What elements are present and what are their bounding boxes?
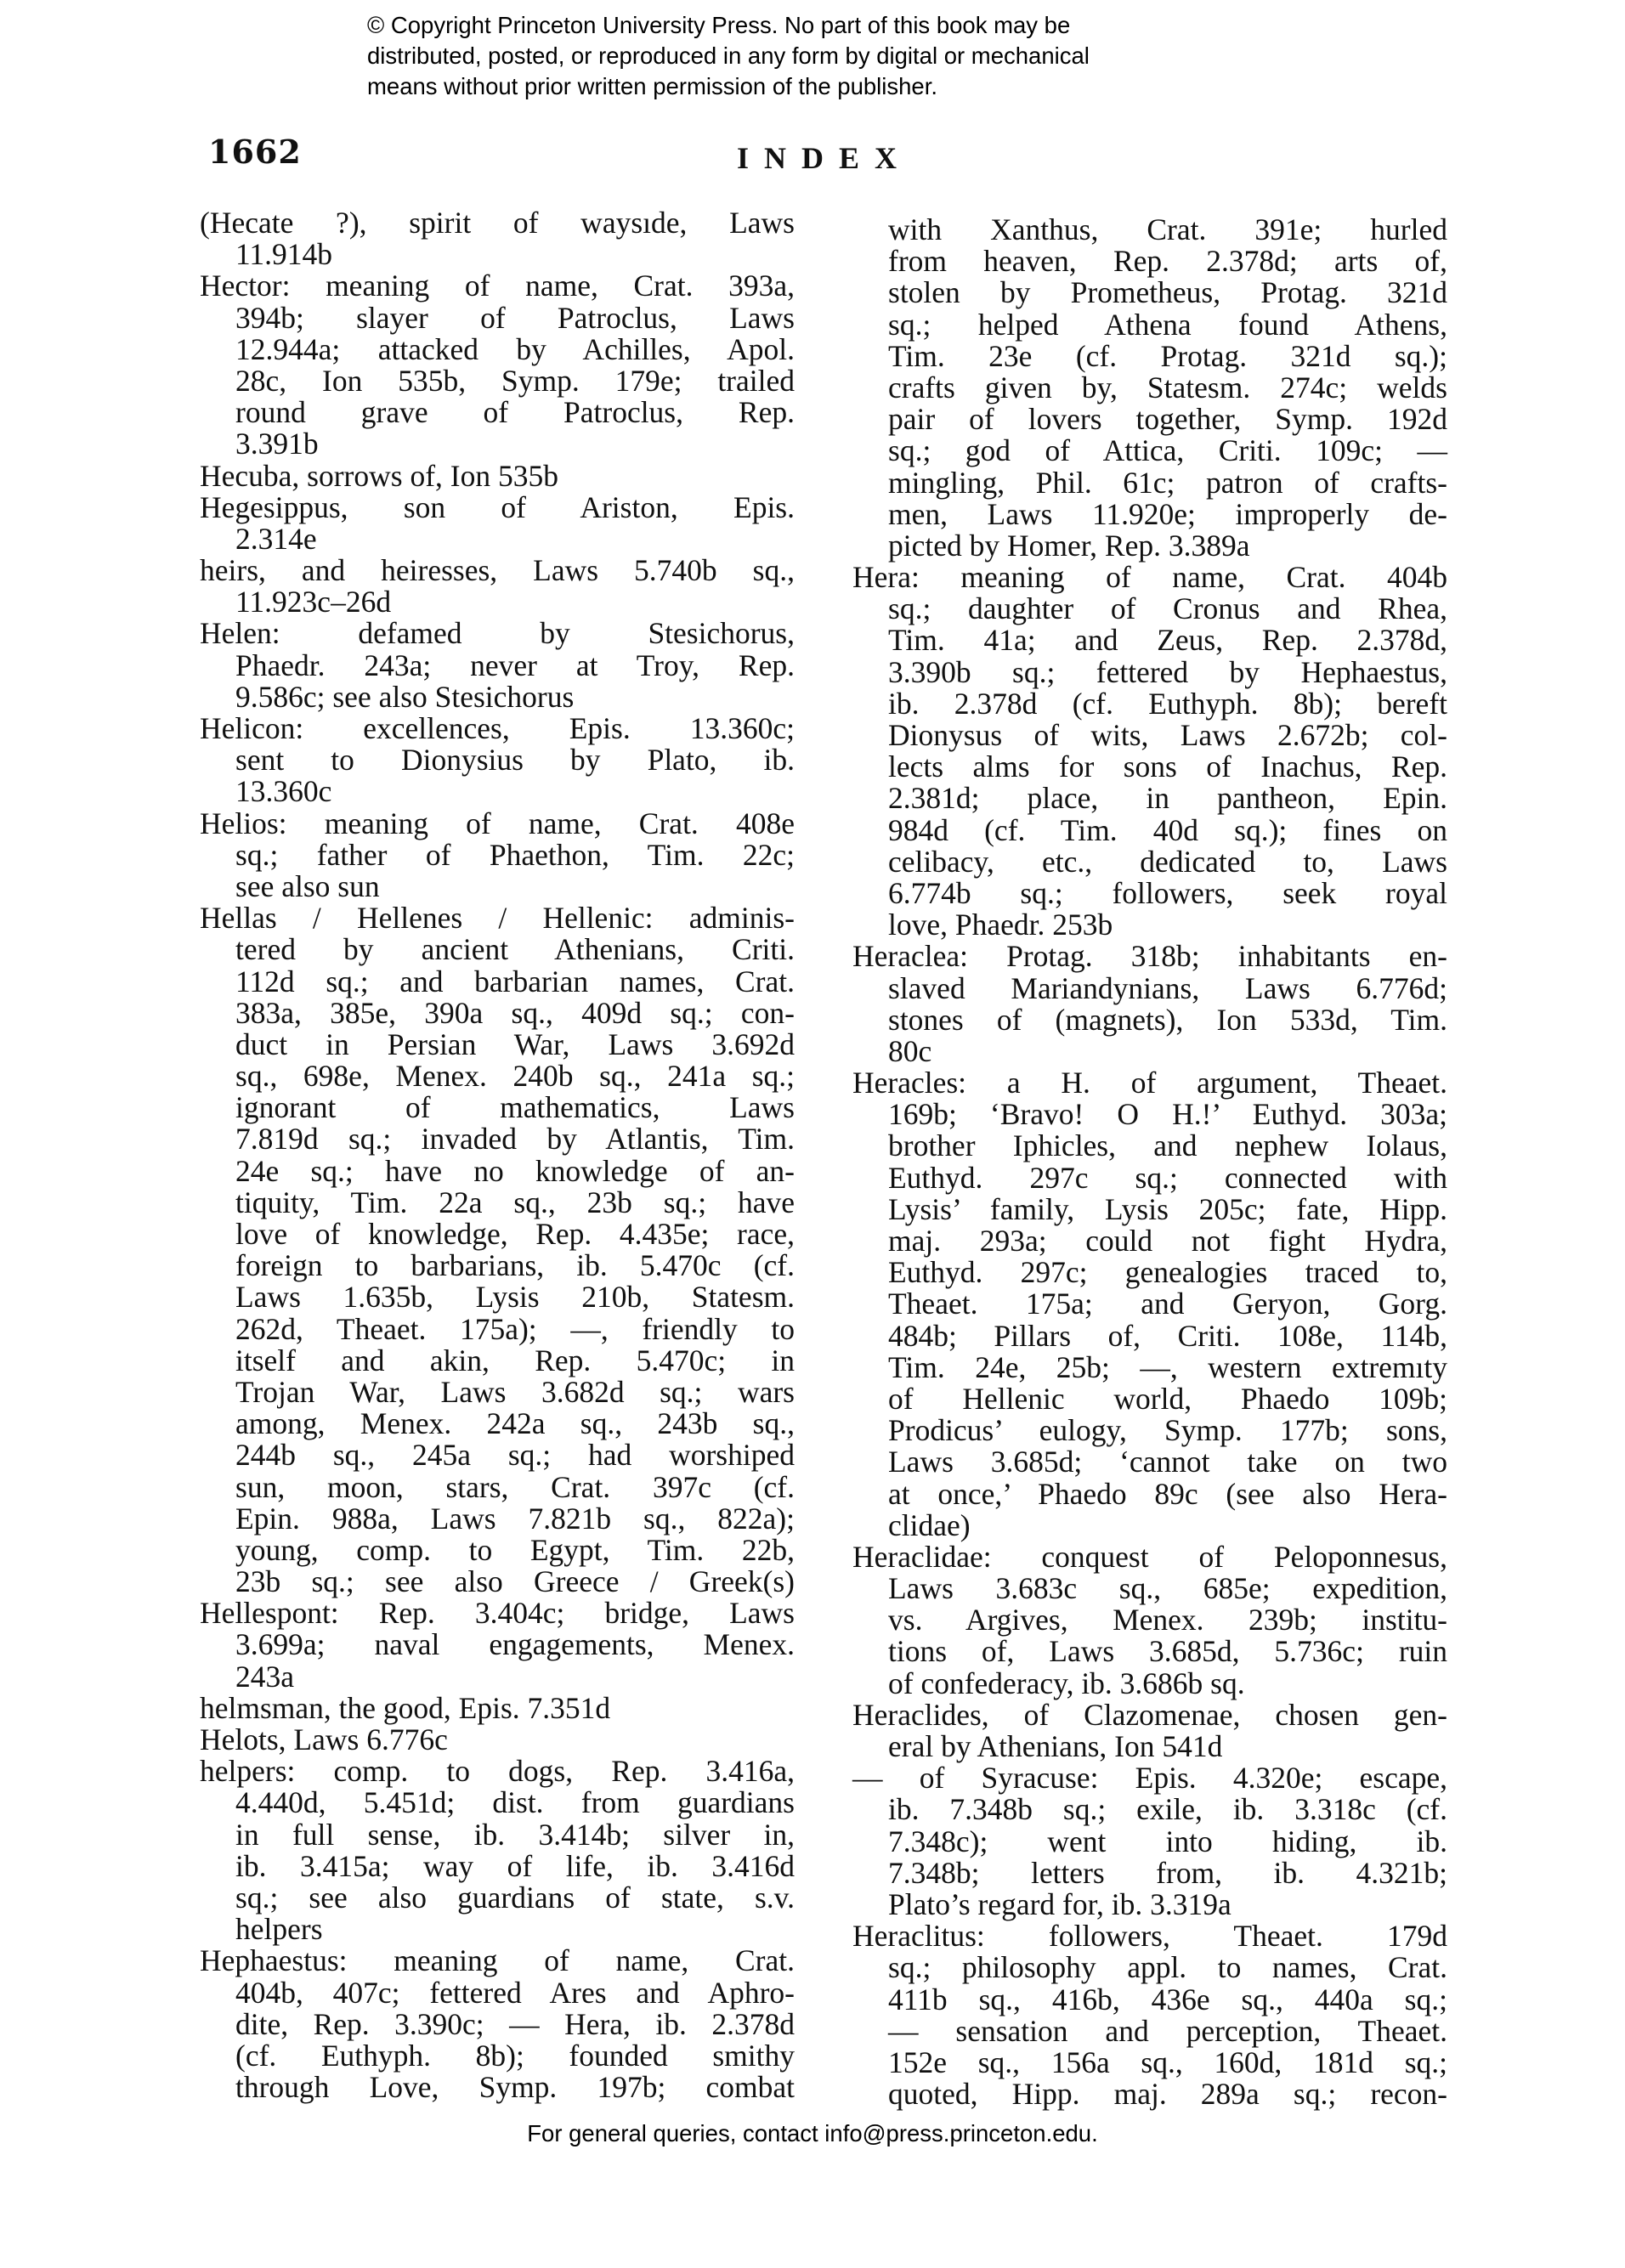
index-entry-line: 11.914b	[200, 239, 795, 270]
index-entry-line: 262d, Theaet. 175a); —, friendly to	[200, 1314, 795, 1345]
index-entry-line: 394b; slayer of Patroclus, Laws	[200, 303, 795, 334]
index-entry-heading-line: Heraclea: Protag. 318b; inhabitants en-	[852, 941, 1447, 972]
index-entry-line: Prodicus’ eulogy, Symp. 177b; sons,	[852, 1415, 1447, 1446]
running-head: INDEX	[527, 140, 1122, 176]
index-entry-heading-line: heirs, and heiresses, Laws 5.740b sq.,	[200, 555, 795, 586]
index-column-right: with Xanthus, Crat. 391e; hurledfrom hea…	[852, 214, 1447, 2110]
index-entry-line: vs. Argives, Menex. 239b; institu-	[852, 1604, 1447, 1636]
index-entry-heading-line: Hera: meaning of name, Crat. 404b	[852, 562, 1447, 593]
index-entry-line: 7.348b; letters from, ib. 4.321b;	[852, 1858, 1447, 1889]
index-entry-heading-line: Hegesippus, son of Ariston, Epis.	[200, 492, 795, 523]
index-entry-line: sq.; god of Attica, Criti. 109c; —	[852, 435, 1447, 467]
index-entry-line: Tim. 23e (cf. Protag. 321d sq.);	[852, 341, 1447, 372]
index-entry-line: Laws 3.685d; ‘cannot take on two	[852, 1446, 1447, 1478]
index-entry-heading-line: Hector: meaning of name, Crat. 393a,	[200, 270, 795, 302]
index-entry-line: 6.774b sq.; followers, seek royal	[852, 878, 1447, 909]
index-entry-line: sent to Dionysius by Plato, ib.	[200, 744, 795, 776]
index-entry-line: sun, moon, stars, Crat. 397c (cf.	[200, 1472, 795, 1503]
index-entry-line: sq.; philosophy appl. to names, Crat.	[852, 1952, 1447, 1983]
index-entry-line: from heaven, Rep. 2.378d; arts of,	[852, 246, 1447, 277]
index-entry-line: Epin. 988a, Laws 7.821b sq., 822a);	[200, 1503, 795, 1535]
index-entry-line: see also sun	[200, 871, 795, 902]
index-entry-line: 383a, 385e, 390a sq., 409d sq.; con-	[200, 998, 795, 1029]
index-entry-line: Tim. 24e, 25b; —, western extremıty	[852, 1352, 1447, 1383]
index-entry-line: sq.; daughter of Cronus and Rhea,	[852, 593, 1447, 625]
index-entry-line: 4.440d, 5.451d; dist. from guardians	[200, 1787, 795, 1818]
index-entry-line: love of knowledge, Rep. 4.435e; race,	[200, 1219, 795, 1250]
index-entry-heading-line: Helots, Laws 6.776c	[200, 1724, 795, 1756]
index-entry-heading-line: helpers: comp. to dogs, Rep. 3.416a,	[200, 1756, 795, 1787]
index-entry-heading-line: helmsman, the good, Epis. 7.351d	[200, 1693, 795, 1724]
index-entry-line: Laws 3.683c sq., 685e; expedition,	[852, 1573, 1447, 1604]
index-entry-line: 169b; ‘Bravo! O H.!’ Euthyd. 303a;	[852, 1099, 1447, 1130]
index-entry-line: 12.944a; attacked by Achilles, Apol.	[200, 334, 795, 365]
index-entry-line: itself and akin, Rep. 5.470c; in	[200, 1345, 795, 1377]
index-entry-line: ib. 2.378d (cf. Euthyph. 8b); bereft	[852, 688, 1447, 720]
index-entry-line: 11.923c–26d	[200, 586, 795, 618]
index-entry-line: Laws 1.635b, Lysis 210b, Statesm.	[200, 1281, 795, 1313]
index-entry-line: 404b, 407c; fettered Ares and Aphro-	[200, 1977, 795, 2009]
index-entry-heading-line: Heracles: a H. of argument, Theaet.	[852, 1067, 1447, 1099]
index-entry-heading-line: Helicon: excellences, Epis. 13.360c;	[200, 713, 795, 744]
index-entry-heading-line: Hecuba, sorrows of, Ion 535b	[200, 461, 795, 492]
index-entry-line: Euthyd. 297c sq.; connected with	[852, 1162, 1447, 1194]
index-entry-line: through Love, Symp. 197b; combat	[200, 2072, 795, 2103]
index-entry-heading-line: Heraclidae: conquest of Peloponnesus,	[852, 1541, 1447, 1573]
index-entry-line: ignorant of mathematics, Laws	[200, 1092, 795, 1123]
index-entry-line: maj. 293a; could not fight Hydra,	[852, 1225, 1447, 1257]
index-entry-line: among, Menex. 242a sq., 243b sq.,	[200, 1408, 795, 1439]
index-entry-line: 3.699a; naval engagements, Menex.	[200, 1629, 795, 1660]
index-entry-line: Euthyd. 297c; genealogies traced to,	[852, 1257, 1447, 1288]
index-entry-line: 2.381d; place, in pantheon, Epin.	[852, 783, 1447, 814]
index-entry-line: Tim. 41a; and Zeus, Rep. 2.378d,	[852, 625, 1447, 656]
index-entry-line: — sensation and perception, Theaet.	[852, 2016, 1447, 2047]
index-entry-line: pair of lovers together, Symp. 192d	[852, 404, 1447, 435]
index-entry-line: 484b; Pillars of, Criti. 108e, 114b,	[852, 1321, 1447, 1352]
index-entry-line: quoted, Hipp. maj. 289a sq.; recon-	[852, 2079, 1447, 2110]
index-entry-line: in full sense, ib. 3.414b; silver in,	[200, 1819, 795, 1851]
index-column-left: (Hecate ?), spirit of waysıde, Laws11.91…	[200, 207, 795, 2103]
index-entry-heading-line: — of Syracuse: Epis. 4.320e; escape,	[852, 1762, 1447, 1794]
index-entry-line: 411b sq., 416b, 436e sq., 440a sq.;	[852, 1984, 1447, 2016]
index-entry-line: sq.; see also guardians of state, s.v.	[200, 1882, 795, 1914]
index-entry-line: stolen by Prometheus, Protag. 321d	[852, 277, 1447, 308]
index-entry-heading-line: Heraclides, of Clazomenae, chosen gen-	[852, 1700, 1447, 1731]
index-entry-line: Plato’s regard for, ib. 3.319a	[852, 1889, 1447, 1920]
index-entry-line: 28c, Ion 535b, Symp. 179e; trailed	[200, 365, 795, 397]
index-entry-line: 244b sq., 245a sq.; had worshiped	[200, 1439, 795, 1471]
index-entry-line: 24e sq.; have no knowledge of an-	[200, 1156, 795, 1187]
index-entry-line: 152e sq., 156a sq., 160d, 181d sq.;	[852, 2047, 1447, 2079]
copyright-line: © Copyright Princeton University Press. …	[367, 10, 1268, 41]
page-number: 1662	[208, 133, 302, 171]
footer-contact: For general queries, contact info@press.…	[0, 2120, 1625, 2147]
index-entry-line: lects alms for sons of Inachus, Rep.	[852, 751, 1447, 783]
index-entry-line: eral by Athenians, Ion 541d	[852, 1731, 1447, 1762]
index-entry-line: 13.360c	[200, 776, 795, 807]
index-entry-line: slaved Mariandynians, Laws 6.776d;	[852, 973, 1447, 1004]
index-entry-line: tered by ancient Athenians, Criti.	[200, 934, 795, 965]
index-entry-line: young, comp. to Egypt, Tim. 22b,	[200, 1535, 795, 1566]
index-entry-line: at once,’ Phaedo 89c (see also Hera-	[852, 1479, 1447, 1510]
index-entry-line: sq.; father of Phaethon, Tim. 22c;	[200, 840, 795, 871]
index-entry-line: dite, Rep. 3.390c; — Hera, ib. 2.378d	[200, 2009, 795, 2040]
index-entry-line: mingling, Phil. 61c; patron of crafts-	[852, 467, 1447, 499]
index-entry-line: picted by Homer, Rep. 3.389a	[852, 530, 1447, 562]
index-entry-line: Lysis’ family, Lysis 205c; fate, Hipp.	[852, 1194, 1447, 1225]
index-entry-line: 984d (cf. Tim. 40d sq.); fines on	[852, 815, 1447, 846]
index-entry-line: 80c	[852, 1036, 1447, 1067]
index-entry-heading-line: Hellas / Hellenes / Hellenic: adminis-	[200, 902, 795, 934]
index-entry-line: 9.586c; see also Stesichorus	[200, 682, 795, 713]
index-entry-heading-line: Helen: defamed by Stesichorus,	[200, 618, 795, 649]
index-entry-line: celibacy, etc., dedicated to, Laws	[852, 846, 1447, 878]
index-entry-line: of confederacy, ib. 3.686b sq.	[852, 1668, 1447, 1700]
index-entry-line: Phaedr. 243a; never at Troy, Rep.	[200, 650, 795, 682]
index-entry-line: round grave of Patroclus, Rep.	[200, 397, 795, 428]
copyright-notice: © Copyright Princeton University Press. …	[367, 10, 1268, 102]
index-entry-line: foreign to barbarians, ib. 5.470c (cf.	[200, 1250, 795, 1281]
index-entry-line: 23b sq.; see also Greece / Greek(s)	[200, 1566, 795, 1598]
index-entry-heading-line: Heraclitus: followers, Theaet. 179d	[852, 1920, 1447, 1952]
index-entry-line: 7.348c); went into hiding, ib.	[852, 1826, 1447, 1858]
copyright-line: distributed, posted, or reproduced in an…	[367, 41, 1268, 71]
index-entry-line: duct in Persian War, Laws 3.692d	[200, 1029, 795, 1060]
index-entry-line: 112d sq.; and barbarian names, Crat.	[200, 966, 795, 998]
index-entry-line: of Hellenic world, Phaedo 109b;	[852, 1383, 1447, 1415]
index-entry-line: 243a	[200, 1661, 795, 1693]
index-entry-line: stones of (magnets), Ion 533d, Tim.	[852, 1004, 1447, 1036]
index-entry-line: ib. 3.415a; way of life, ib. 3.416d	[200, 1851, 795, 1882]
index-entry-line: men, Laws 11.920e; improperly de-	[852, 499, 1447, 530]
index-entry-heading-line: Helios: meaning of name, Crat. 408e	[200, 808, 795, 840]
index-entry-line: sq.; helped Athena found Athens,	[852, 309, 1447, 341]
index-entry-line: ib. 7.348b sq.; exile, ib. 3.318c (cf.	[852, 1794, 1447, 1825]
index-entry-line: helpers	[200, 1914, 795, 1945]
copyright-line: means without prior written permission o…	[367, 71, 1268, 102]
index-entry-line: Trojan War, Laws 3.682d sq.; wars	[200, 1377, 795, 1408]
index-entry-line: brother Iphicles, and nephew Iolaus,	[852, 1130, 1447, 1162]
index-entry-line: 2.314e	[200, 523, 795, 555]
index-entry-line: love, Phaedr. 253b	[852, 909, 1447, 941]
index-entry-line: crafts given by, Statesm. 274c; welds	[852, 372, 1447, 404]
index-entry-line: tions of, Laws 3.685d, 5.736c; ruin	[852, 1636, 1447, 1667]
index-entry-heading-line: (Hecate ?), spirit of waysıde, Laws	[200, 207, 795, 239]
index-entry-line: with Xanthus, Crat. 391e; hurled	[852, 214, 1447, 246]
index-entry-heading-line: Hephaestus: meaning of name, Crat.	[200, 1945, 795, 1977]
index-entry-line: 3.390b sq.; fettered by Hephaestus,	[852, 657, 1447, 688]
index-entry-line: sq., 698e, Menex. 240b sq., 241a sq.;	[200, 1060, 795, 1092]
index-entry-heading-line: Hellespont: Rep. 3.404c; bridge, Laws	[200, 1598, 795, 1629]
index-entry-line: Theaet. 175a; and Geryon, Gorg.	[852, 1288, 1447, 1320]
index-entry-line: clidae)	[852, 1510, 1447, 1541]
index-entry-line: tiquity, Tim. 22a sq., 23b sq.; have	[200, 1187, 795, 1219]
index-entry-line: Dionysus of wits, Laws 2.672b; col-	[852, 720, 1447, 751]
index-entry-line: (cf. Euthyph. 8b); founded smithy	[200, 2040, 795, 2072]
index-entry-line: 7.819d sq.; invaded by Atlantis, Tim.	[200, 1123, 795, 1155]
index-entry-line: 3.391b	[200, 428, 795, 460]
